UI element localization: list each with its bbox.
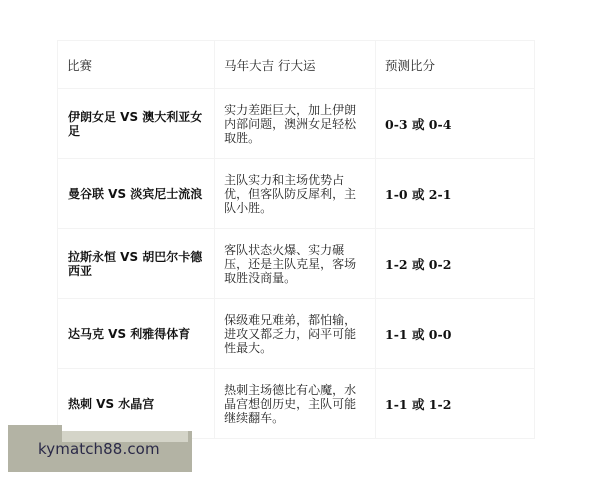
note-cell: 主队实力和主场优势占优，但客队防反犀利，主队小胜。 [215, 159, 376, 229]
note-cell: 客队状态火爆、实力碾压，还是主队克星，客场取胜没商量。 [215, 229, 376, 299]
watermark-text: kymatch88.com [38, 440, 160, 458]
match-cell: 拉斯永恒 VS 胡巴尔卡德西亚 [58, 229, 215, 299]
match-cell: 伊朗女足 VS 澳大利亚女足 [58, 89, 215, 159]
table-row: 曼谷联 VS 淡宾尼士流浪 主队实力和主场优势占优，但客队防反犀利，主队小胜。 … [58, 159, 535, 229]
note-text: 实力差距巨大，加上伊朗内部问题，澳洲女足轻松取胜。 [224, 103, 364, 145]
table-row: 伊朗女足 VS 澳大利亚女足 实力差距巨大，加上伊朗内部问题，澳洲女足轻松取胜。… [58, 89, 535, 159]
match-cell: 曼谷联 VS 淡宾尼士流浪 [58, 159, 215, 229]
header-match: 比赛 [58, 41, 215, 89]
score-cell: 1-1 或 0-0 [376, 299, 535, 369]
score-cell: 1-0 或 2-1 [376, 159, 535, 229]
table-header-row: 比赛 马年大吉 行大运 预测比分 [58, 41, 535, 89]
table-row: 拉斯永恒 VS 胡巴尔卡德西亚 客队状态火爆、实力碾压，还是主队克星，客场取胜没… [58, 229, 535, 299]
note-text: 客队状态火爆、实力碾压，还是主队克星，客场取胜没商量。 [224, 243, 364, 285]
score-cell: 1-2 或 0-2 [376, 229, 535, 299]
prediction-table: 比赛 马年大吉 行大运 预测比分 伊朗女足 VS 澳大利亚女足 实力差距巨大，加… [57, 40, 535, 439]
note-cell: 热刺主场德比有心魔，水晶宫想创历史，主队可能继续翻车。 [215, 369, 376, 439]
note-text: 保级难兄难弟，都怕输，进攻又都乏力，闷平可能性最大。 [224, 313, 364, 355]
score-cell: 1-1 或 1-2 [376, 369, 535, 439]
note-text: 主队实力和主场优势占优，但客队防反犀利，主队小胜。 [224, 173, 364, 215]
note-cell: 保级难兄难弟，都怕输，进攻又都乏力，闷平可能性最大。 [215, 299, 376, 369]
note-cell: 实力差距巨大，加上伊朗内部问题，澳洲女足轻松取胜。 [215, 89, 376, 159]
header-note: 马年大吉 行大运 [215, 41, 376, 89]
table-row: 达马克 VS 利雅得体育 保级难兄难弟，都怕输，进攻又都乏力，闷平可能性最大。 … [58, 299, 535, 369]
match-cell: 达马克 VS 利雅得体育 [58, 299, 215, 369]
header-score: 预测比分 [376, 41, 535, 89]
score-cell: 0-3 或 0-4 [376, 89, 535, 159]
note-text: 热刺主场德比有心魔，水晶宫想创历史，主队可能继续翻车。 [224, 383, 364, 425]
